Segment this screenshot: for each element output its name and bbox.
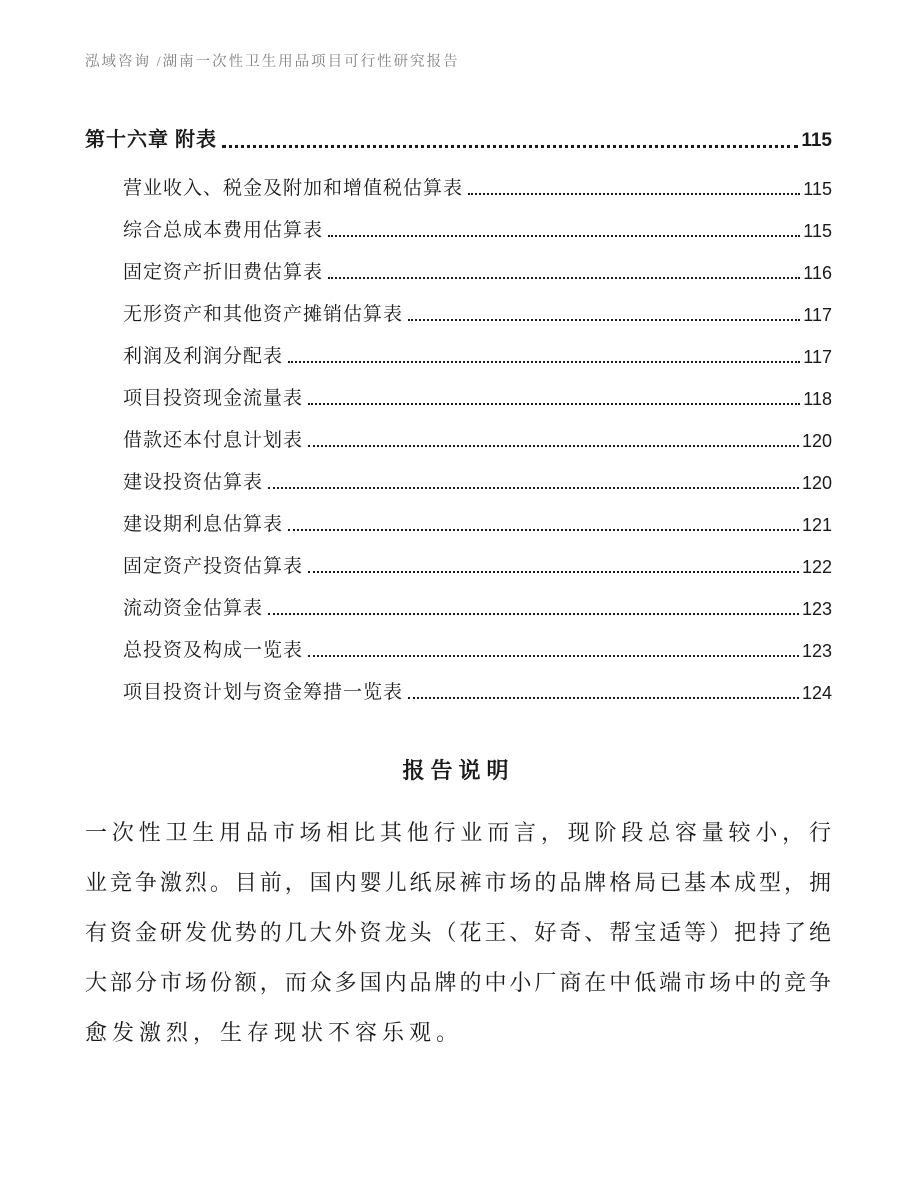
toc-entry-page-number: 115 <box>803 221 832 242</box>
toc-entry-row[interactable]: 总投资及构成一览表 123 <box>123 620 832 662</box>
paragraph-line: 业竞争激烈。目前，国内婴儿纸尿裤市场的品牌格局已基本成型，拥 <box>85 858 832 908</box>
toc-chapter-row[interactable]: 第十六章 附表 115 <box>85 116 832 152</box>
dotted-leader <box>328 235 800 237</box>
toc-entry-row[interactable]: 建设投资估算表 120 <box>123 452 832 494</box>
toc-entry-row[interactable]: 固定资产投资估算表 122 <box>123 536 832 578</box>
toc-entry-title: 项目投资现金流量表 <box>123 383 303 410</box>
toc-entry-title: 流动资金估算表 <box>123 593 263 620</box>
dotted-leader <box>408 697 799 699</box>
paragraph-line: 愈发激烈，生存现状不容乐观。 <box>85 1008 832 1058</box>
toc-entry-page-number: 115 <box>803 179 832 200</box>
toc-entry-title: 利润及利润分配表 <box>123 341 283 368</box>
toc-entry-title: 固定资产投资估算表 <box>123 551 303 578</box>
document-page: 泓域咨询 /湖南一次性卫生用品项目可行性研究报告 第十六章 附表 115 营业收… <box>0 0 920 1191</box>
toc-entry-title: 营业收入、税金及附加和增值税估算表 <box>123 173 463 200</box>
toc-entry-page-number: 123 <box>802 599 832 620</box>
dotted-leader <box>468 193 800 195</box>
toc-entry-row[interactable]: 建设期利息估算表 121 <box>123 494 832 536</box>
paragraph-line: 大部分市场份额，而众多国内品牌的中小厂商在中低端市场中的竞争 <box>85 958 832 1008</box>
toc-entry-row[interactable]: 综合总成本费用估算表 115 <box>123 200 832 242</box>
paragraph-line: 一次性卫生用品市场相比其他行业而言，现阶段总容量较小，行 <box>85 808 832 858</box>
toc-entry-row[interactable]: 项目投资计划与资金筹措一览表 124 <box>123 662 832 704</box>
toc-entry-row[interactable]: 固定资产折旧费估算表 116 <box>123 242 832 284</box>
toc-entry-page-number: 117 <box>803 305 832 326</box>
toc-entry-page-number: 120 <box>802 473 832 494</box>
dotted-leader <box>308 403 800 405</box>
dotted-leader <box>308 445 799 447</box>
dotted-leader <box>408 319 800 321</box>
toc-entry-row[interactable]: 营业收入、税金及附加和增值税估算表 115 <box>123 158 832 200</box>
dotted-leader <box>308 571 799 573</box>
toc-entry-page-number: 122 <box>802 557 832 578</box>
dotted-leader <box>308 655 799 657</box>
running-header: 泓域咨询 /湖南一次性卫生用品项目可行性研究报告 <box>85 52 832 72</box>
dotted-leader <box>288 361 800 363</box>
toc-chapter-page-number: 115 <box>801 130 832 152</box>
toc-entry-row[interactable]: 无形资产和其他资产摊销估算表 117 <box>123 284 832 326</box>
toc-entry-row[interactable]: 利润及利润分配表 117 <box>123 326 832 368</box>
toc-entry-page-number: 124 <box>802 683 832 704</box>
toc-entry-page-number: 118 <box>803 389 832 410</box>
toc-entry-page-number: 120 <box>802 431 832 452</box>
table-of-contents: 第十六章 附表 115 营业收入、税金及附加和增值税估算表 115 综合总成本费… <box>85 116 832 704</box>
dotted-leader <box>268 613 799 615</box>
dotted-leader <box>328 277 800 279</box>
toc-entry-row[interactable]: 借款还本付息计划表 120 <box>123 410 832 452</box>
toc-entry-title: 建设投资估算表 <box>123 467 263 494</box>
dotted-leader <box>222 145 798 148</box>
toc-entry-page-number: 117 <box>803 347 832 368</box>
toc-entry-list: 营业收入、税金及附加和增值税估算表 115 综合总成本费用估算表 115 固定资… <box>85 158 832 704</box>
toc-entry-title: 项目投资计划与资金筹措一览表 <box>123 677 403 704</box>
toc-entry-page-number: 121 <box>802 515 832 536</box>
toc-entry-title: 无形资产和其他资产摊销估算表 <box>123 299 403 326</box>
paragraph-line: 有资金研发优势的几大外资龙头（花王、好奇、帮宝适等）把持了绝 <box>85 908 832 958</box>
toc-chapter-title: 第十六章 附表 <box>85 123 217 152</box>
toc-entry-title: 固定资产折旧费估算表 <box>123 257 323 284</box>
toc-entry-title: 综合总成本费用估算表 <box>123 215 323 242</box>
report-note-paragraph: 一次性卫生用品市场相比其他行业而言，现阶段总容量较小，行 业竞争激烈。目前，国内… <box>85 808 832 1058</box>
toc-entry-title: 借款还本付息计划表 <box>123 425 303 452</box>
toc-entry-title: 总投资及构成一览表 <box>123 635 303 662</box>
dotted-leader <box>288 529 799 531</box>
toc-entry-page-number: 116 <box>803 263 832 284</box>
toc-entry-row[interactable]: 流动资金估算表 123 <box>123 578 832 620</box>
toc-entry-row[interactable]: 项目投资现金流量表 118 <box>123 368 832 410</box>
dotted-leader <box>268 487 799 489</box>
toc-entry-page-number: 123 <box>802 641 832 662</box>
report-note-heading: 报告说明 <box>85 756 832 786</box>
toc-entry-title: 建设期利息估算表 <box>123 509 283 536</box>
